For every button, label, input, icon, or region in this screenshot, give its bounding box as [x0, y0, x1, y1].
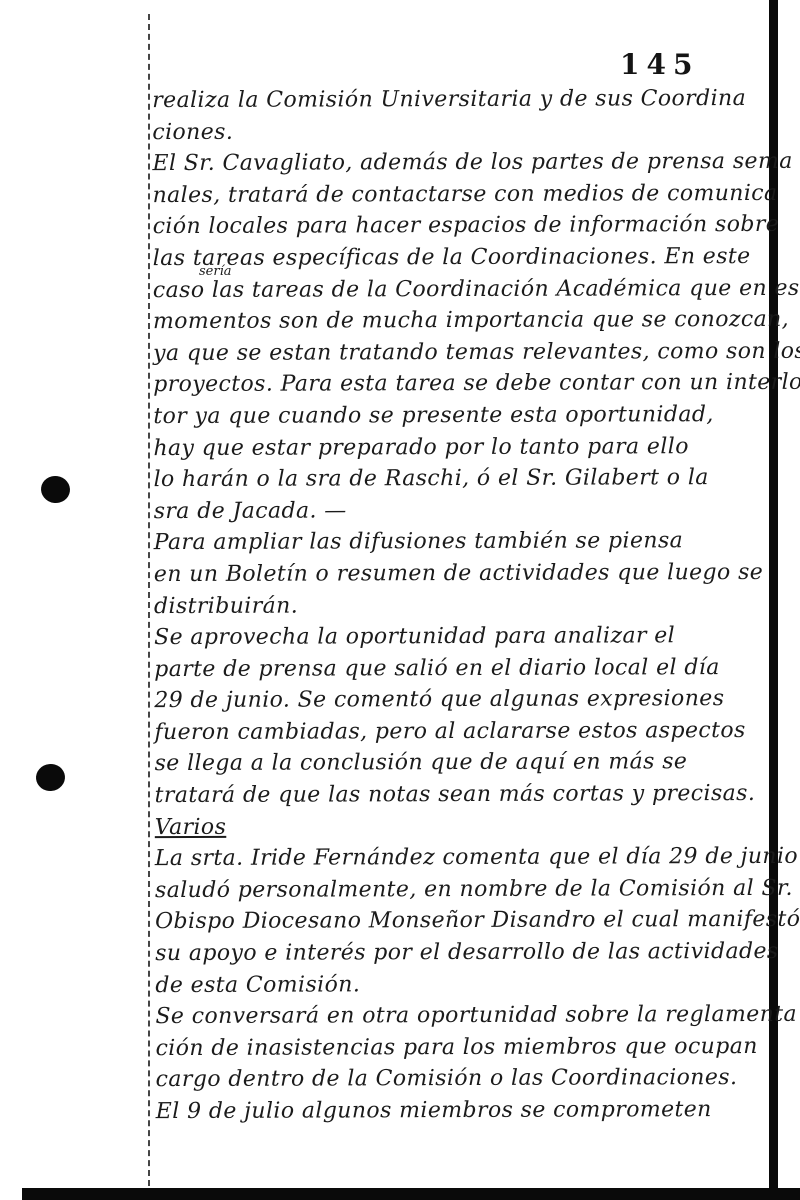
handwritten-line: Se aprovecha la oportunidad para analiza… [154, 620, 770, 654]
handwritten-line: cargo dentro de la Comisión o las Coordi… [156, 1062, 772, 1096]
handwritten-line: caso las tareas de la Coordinación Acadé… [153, 272, 769, 306]
handwritten-line: se llega a la conclusión que de aquí en … [154, 746, 770, 780]
handwritten-text: realiza la Comisión Universitaria y de s… [152, 83, 772, 1128]
handwritten-line: realiza la Comisión Universitaria y de s… [152, 83, 768, 117]
handwritten-line: tor ya que cuando se presente esta oport… [153, 399, 769, 433]
scan-edge-bottom [22, 1188, 800, 1200]
handwritten-line: ción locales para hacer espacios de info… [153, 209, 769, 243]
handwritten-line: Para ampliar las difusiones también se p… [154, 525, 770, 559]
handwritten-line: proyectos. Para esta tarea se debe conta… [153, 367, 769, 401]
handwritten-line: El Sr. Cavagliato, además de los partes … [152, 146, 768, 180]
superscript-insertion: sería [199, 264, 232, 279]
handwritten-line: La srta. Iride Fernández comenta que el … [155, 841, 771, 875]
handwritten-line: 29 de junio. Se comentó que algunas expr… [154, 683, 770, 717]
handwritten-line: ciones. [152, 115, 768, 149]
section-heading: Varios [155, 810, 771, 844]
handwritten-line: lo harán o la sra de Raschi, ó el Sr. Gi… [154, 462, 770, 496]
handwritten-line: Obispo Diocesano Monseñor Disandro el cu… [155, 904, 771, 938]
hole-punch-bottom [35, 763, 67, 793]
handwritten-line: distribuirán. [154, 588, 770, 622]
hole-punch-top [39, 474, 71, 505]
handwritten-line: en un Boletín o resumen de actividades q… [154, 557, 770, 591]
handwritten-line: las tareas específicas de la Coordinacio… [153, 241, 769, 275]
page-number-stamp: 145 [620, 48, 699, 81]
handwritten-line: momentos son de mucha importancia que se… [153, 304, 769, 338]
handwritten-line: de esta Comisión. [155, 968, 771, 1002]
handwritten-line: fueron cambiadas, pero al aclararse esto… [154, 715, 770, 749]
handwritten-line: Se conversará en otra oportunidad sobre … [155, 999, 771, 1033]
handwritten-line: nales, tratará de contactarse con medios… [153, 178, 769, 212]
handwritten-line: parte de prensa que salió en el diario l… [154, 652, 770, 686]
handwritten-line: hay que estar preparado por lo tanto par… [153, 430, 769, 464]
handwritten-line: sra de Jacada. — [154, 494, 770, 528]
handwritten-line: su apoyo e interés por el desarrollo de … [155, 936, 771, 970]
handwritten-line: saludó personalmente, en nombre de la Co… [155, 873, 771, 907]
handwritten-line: tratará de que las notas sean más cortas… [155, 778, 771, 812]
handwritten-line: ya que se estan tratando temas relevante… [153, 336, 769, 370]
handwritten-line: El 9 de julio algunos miembros se compro… [156, 1094, 772, 1128]
handwritten-line: ción de inasistencias para los miembros … [155, 1031, 771, 1065]
margin-line [148, 14, 150, 1186]
